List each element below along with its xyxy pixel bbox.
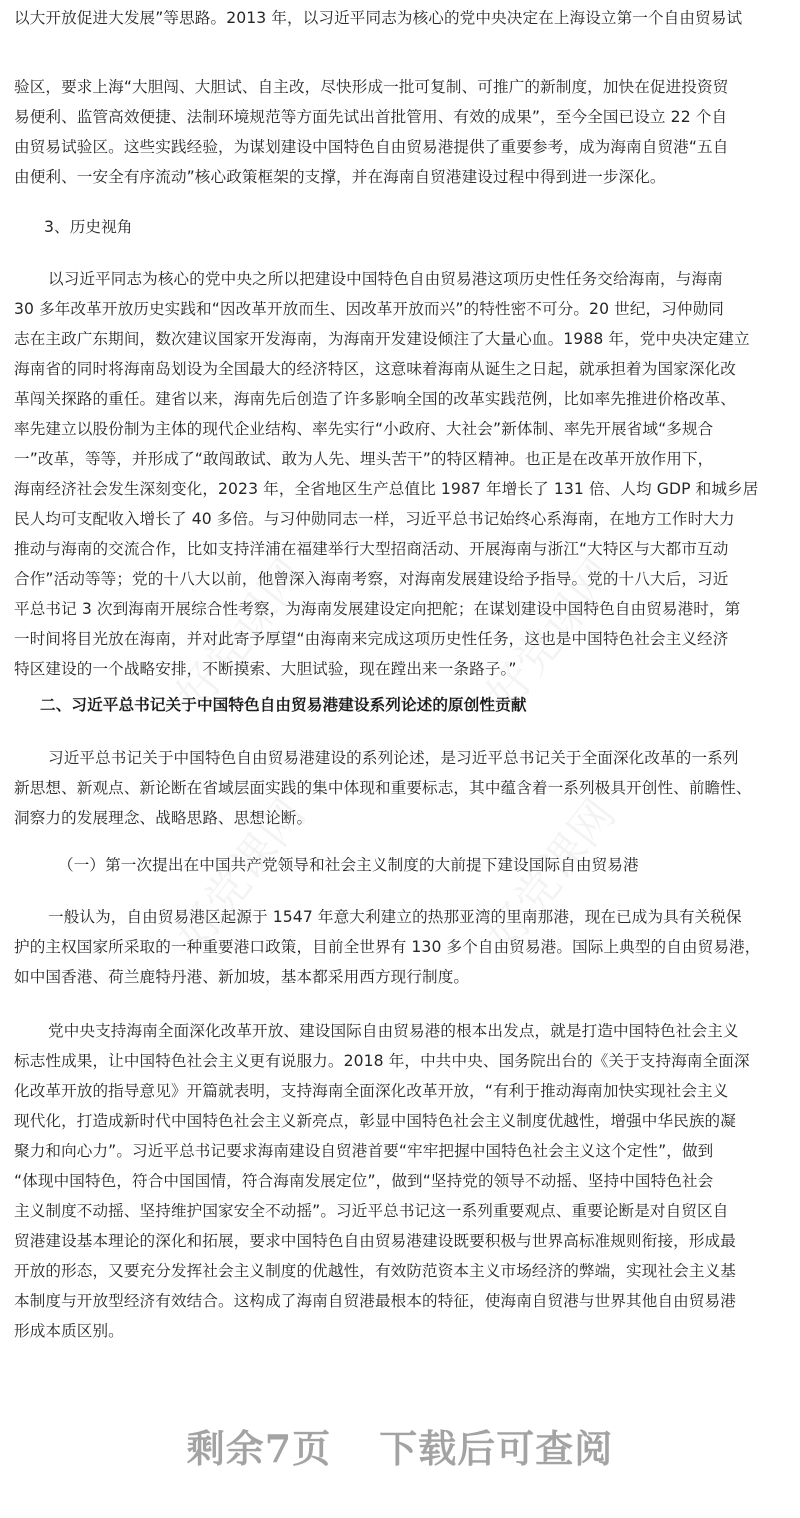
body-text-line: 率先建立以股份制为主体的现代企业结构、率先实行“小政府、大社会”新体制、率先开展…	[14, 419, 786, 439]
body-text-line: 特区建设的一个战略安排，不断摸索、大胆试验，现在蹚出来一条路子。”	[14, 659, 786, 679]
body-text-line: 现代化，打造成新时代中国特色社会主义新亮点，彰显中国特色社会主义制度优越性，增强…	[14, 1111, 786, 1131]
body-text-line: 志在主政广东期间，数次建议国家开发海南，为海南开发建设倾注了大量心血。1988 …	[14, 329, 786, 349]
body-text-line: 一”改革，等等，并形成了“敢闯敢试、敢为人先、埋头苦干”的特区精神。也正是在改革…	[14, 449, 786, 469]
body-text-line: 推动与海南的交流合作，比如支持洋浦在福建举行大型招商活动、开展海南与浙江“大特区…	[14, 539, 786, 559]
body-text-line: 标志性成果，让中国特色社会主义更有说服力。2018 年，中共中央、国务院出台的《…	[14, 1051, 786, 1071]
body-text-line: 海南经济社会发生深刻变化，2023 年，全省地区生产总值比 1987 年增长了 …	[14, 479, 786, 499]
body-text-line: 化改革开放的指导意见》开篇就表明，支持海南全面深化改革开放，“有利于推动海南加快…	[14, 1081, 786, 1101]
remaining-pages-label: 剩余7页	[187, 1418, 331, 1473]
subsection-heading: （一）第一次提出在中国共产党领导和社会主义制度的大前提下建设国际自由贸易港	[58, 855, 800, 875]
download-to-view-banner[interactable]: 剩余7页下载后可查阅	[0, 1418, 800, 1473]
body-text-line: 革闯关探路的重任。建省以来，海南先后创造了许多影响全国的改革实践范例，比如率先推…	[14, 389, 786, 409]
body-text-line: 平总书记 3 次到海南开展综合性考察，为海南发展建设定向把舵；在谋划建设中国特色…	[14, 599, 786, 619]
body-text-line: 护的主权国家所采取的一种重要港口政策，目前全世界有 130 多个自由贸易港。国际…	[14, 937, 786, 957]
body-text-line: 易便利、监管高效便捷、法制环境规范等方面先试出首批管用、有效的成果”，至今全国已…	[14, 107, 786, 127]
subsection-heading: 3、历史视角	[44, 217, 800, 237]
body-text-line: 如中国香港、荷兰鹿特丹港、新加坡，基本都采用西方现行制度。	[14, 967, 786, 987]
body-text-line: 民人均可支配收入增长了 40 多倍。与习仲勋同志一样，习近平总书记始终心系海南，…	[14, 509, 786, 529]
body-text-line: 贸港建设基本理论的深化和拓展，要求中国特色自由贸易港建设既要积极与世界高标准规则…	[14, 1231, 786, 1251]
body-text-line: 本制度与开放型经济有效结合。这构成了海南自贸港最根本的特征，使海南自贸港与世界其…	[14, 1291, 786, 1311]
body-text-line: 开放的形态，又要充分发挥社会主义制度的优越性，有效防范资本主义市场经济的弊端，实…	[14, 1261, 786, 1281]
section-heading: 二、习近平总书记关于中国特色自由贸易港建设系列论述的原创性贡献	[40, 695, 800, 715]
body-text-line: 形成本质区别。	[14, 1321, 786, 1341]
body-text-line: 聚力和向心力”。习近平总书记要求海南建设自贸港首要“牢牢把握中国特色社会主义这个…	[14, 1141, 786, 1161]
body-text-line: 30 多年改革开放历史实践和“因改革开放而生、因改革开放而兴”的特性密不可分。2…	[14, 299, 786, 319]
body-text-line: 一时间将目光放在海南，并对此寄予厚望“由海南来完成这项历史性任务，这也是中国特色…	[14, 629, 786, 649]
body-text-line: 由便利、一安全有序流动”核心政策框架的支撑，并在海南自贸港建设过程中得到进一步深…	[14, 167, 786, 187]
body-text-line: 新思想、新观点、新论断在省域层面实践的集中体现和重要标志，其中蕴含着一系列极具开…	[14, 778, 786, 798]
body-text-line: “体现中国特色，符合中国国情，符合海南发展定位”，做到“坚持党的领导不动摇、坚持…	[14, 1171, 786, 1191]
paragraph-first-line: 以习近平同志为核心的党中央之所以把建设中国特色自由贸易港这项历史性任务交给海南，…	[48, 269, 800, 289]
body-text-line: 以大开放促进大发展”等思路。2013 年，以习近平同志为核心的党中央决定在上海设…	[14, 8, 786, 28]
body-text-line: 海南省的同时将海南岛划设为全国最大的经济特区，这意味着海南从诞生之日起，就承担着…	[14, 359, 786, 379]
body-text-line: 主义制度不动摇、坚持维护国家安全不动摇”。习近平总书记这一系列重要观点、重要论断…	[14, 1201, 786, 1221]
body-text-line: 验区，要求上海“大胆闯、大胆试、自主改，尽快形成一批可复制、可推广的新制度，加快…	[14, 77, 786, 97]
paragraph-first-line: 一般认为，自由贸易港区起源于 1547 年意大利建立的热那亚湾的里南那港，现在已…	[48, 907, 800, 927]
body-text-line: 洞察力的发展理念、战略思路、思想论断。	[14, 808, 786, 828]
download-hint-label: 下载后可查阅	[379, 1418, 613, 1473]
body-text-line: 合作”活动等等；党的十八大以前，他曾深入海南考察，对海南发展建设给予指导。党的十…	[14, 569, 786, 589]
body-text-line: 由贸易试验区。这些实践经验，为谋划建设中国特色自由贸易港提供了重要参考，成为海南…	[14, 137, 786, 157]
paragraph-first-line: 习近平总书记关于中国特色自由贸易港建设的系列论述，是习近平总书记关于全面深化改革…	[48, 748, 800, 768]
paragraph-first-line: 党中央支持海南全面深化改革开放、建设国际自由贸易港的根本出发点，就是打造中国特色…	[48, 1021, 800, 1041]
